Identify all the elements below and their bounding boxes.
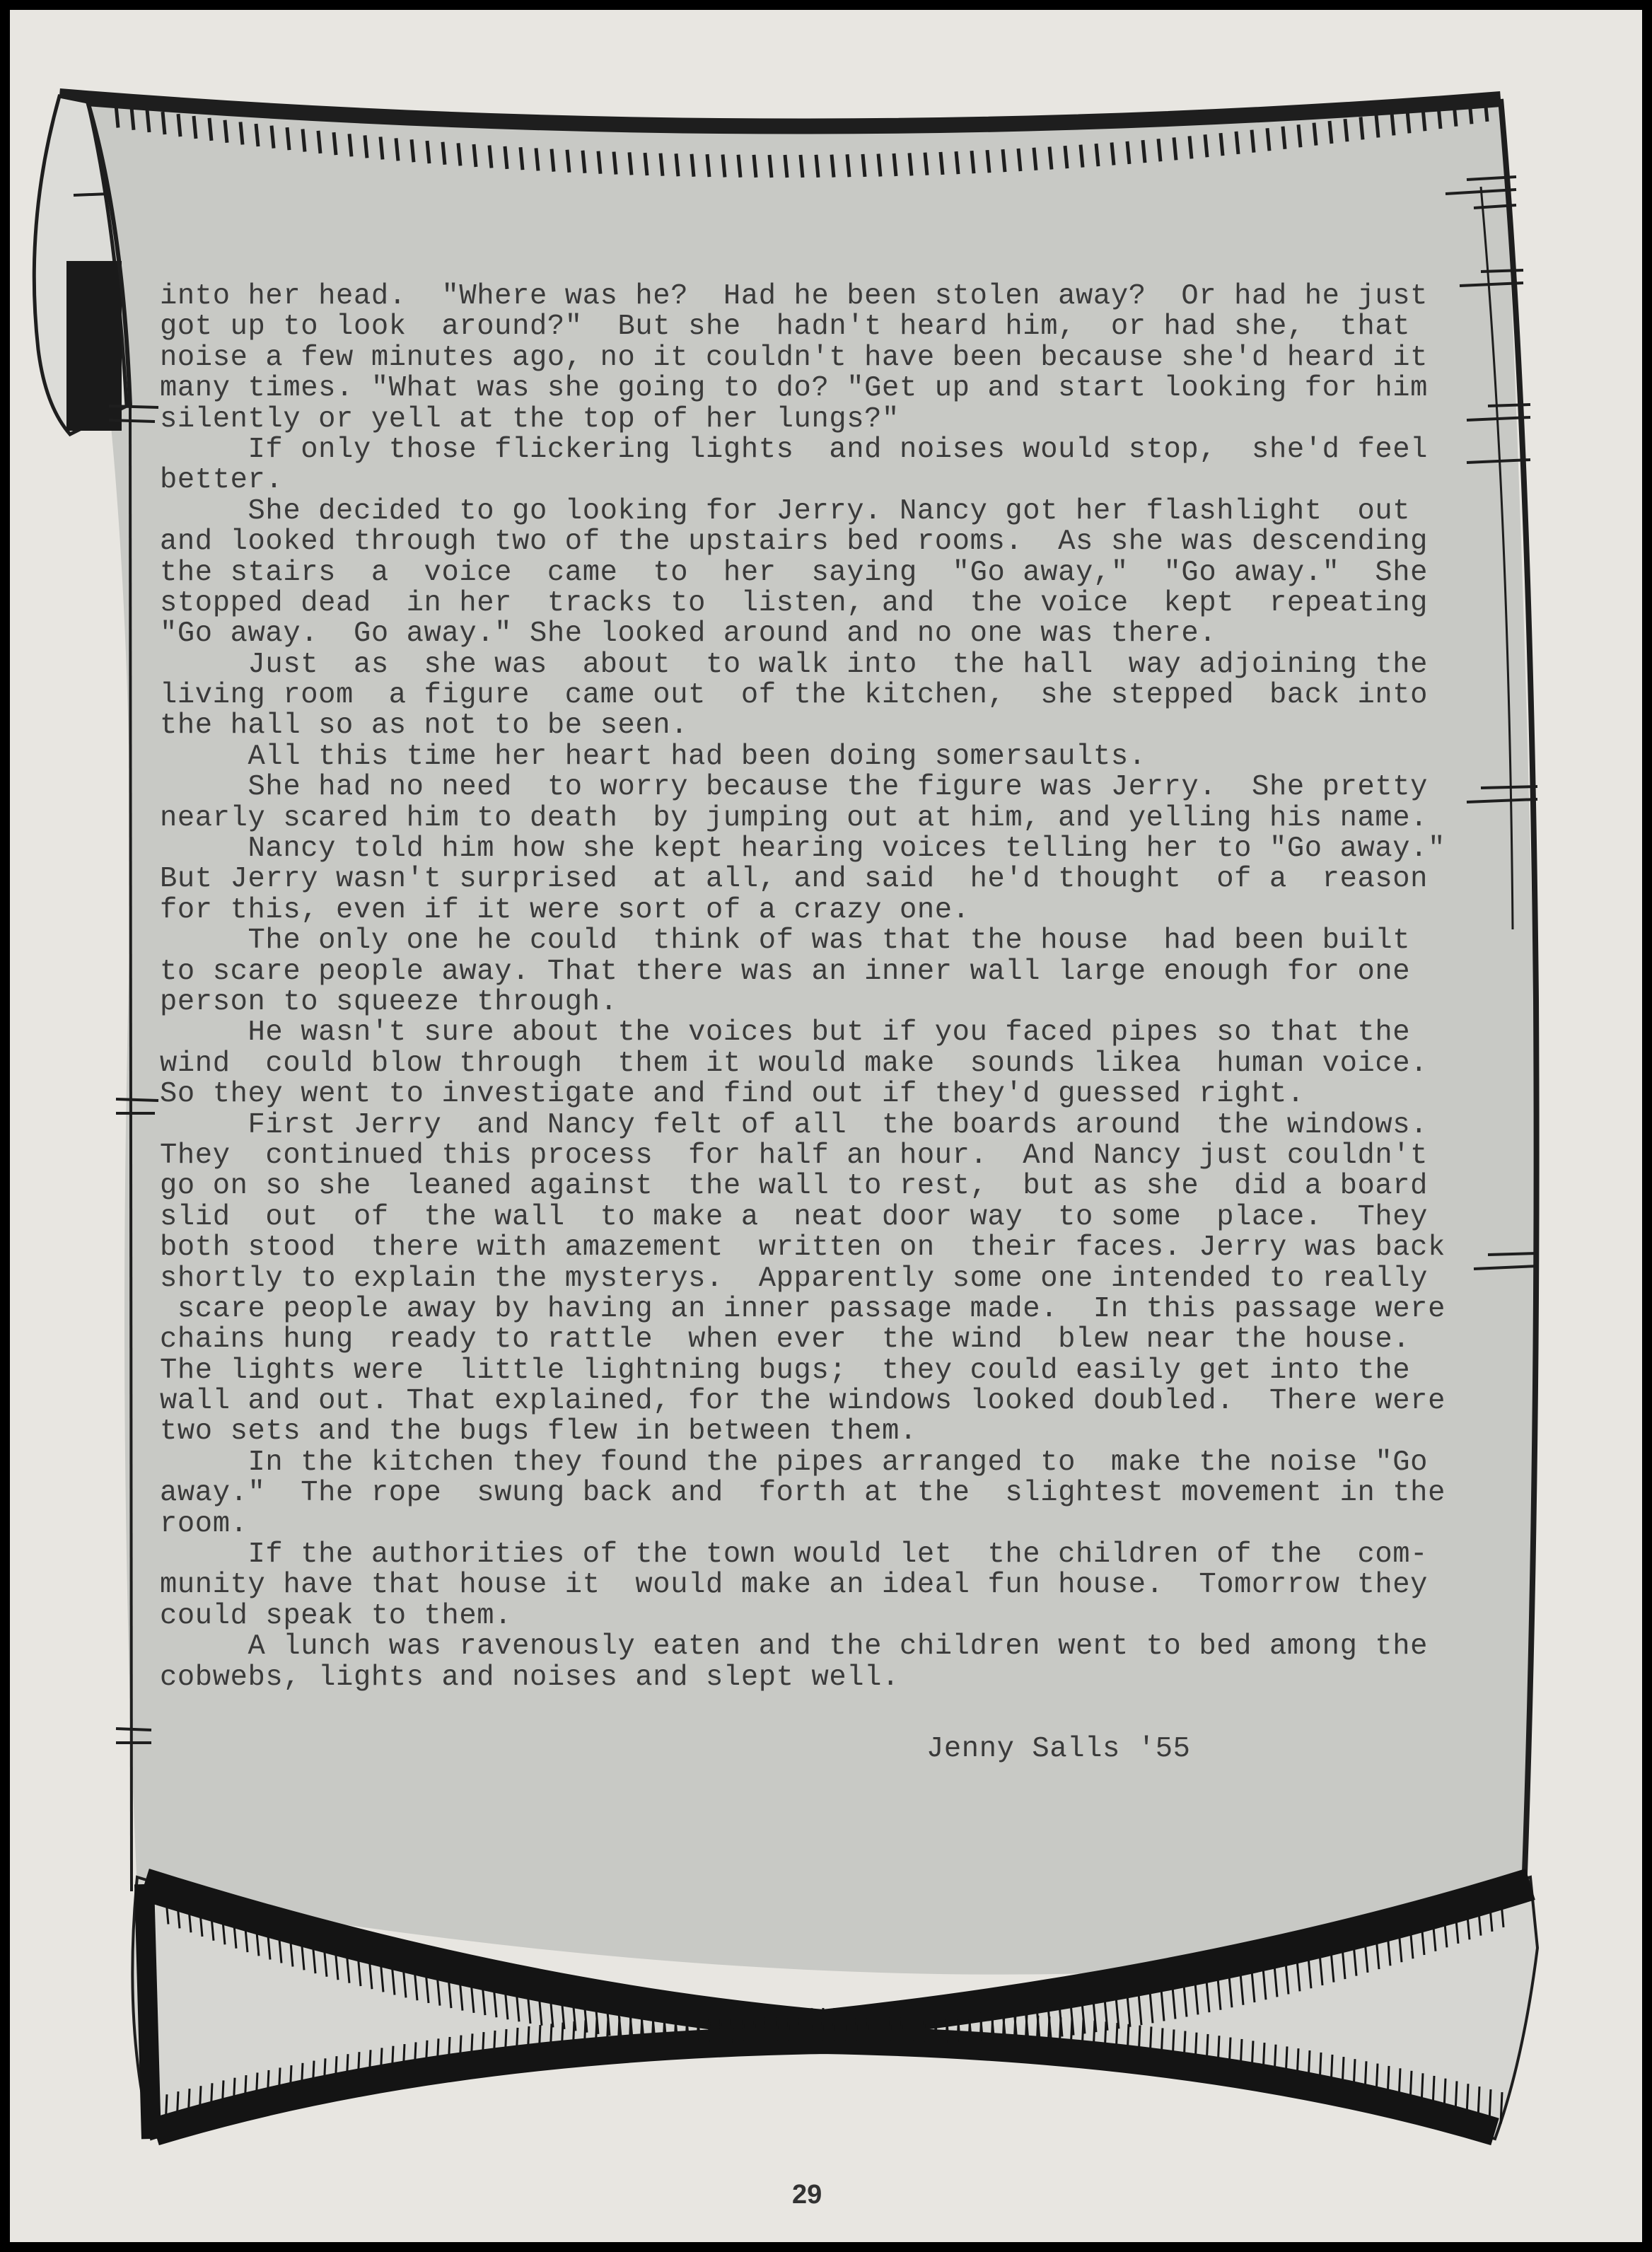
text-line: He wasn't sure about the voices but if y… <box>160 1018 1503 1048</box>
text-line: "Go away. Go away." She looked around an… <box>160 619 1503 649</box>
text-line: away." The rope swung back and forth at … <box>160 1478 1503 1509</box>
text-line: the stairs a voice came to her saying "G… <box>160 558 1503 588</box>
text-line: nearly scared him to death by jumping ou… <box>160 803 1503 834</box>
text-line: and looked through two of the upstairs b… <box>160 527 1503 557</box>
text-line: shortly to explain the mysterys. Apparen… <box>160 1264 1503 1294</box>
text-line: All this time her heart had been doing s… <box>160 742 1503 772</box>
text-line: They continued this process for half an … <box>160 1141 1503 1171</box>
text-line: into her head. "Where was he? Had he bee… <box>160 281 1503 312</box>
text-line: two sets and the bugs flew in between th… <box>160 1417 1503 1447</box>
story-text: into her head. "Where was he? Had he bee… <box>160 281 1503 1693</box>
text-line: wall and out. That explained, for the wi… <box>160 1386 1503 1417</box>
text-line: stopped dead in her tracks to listen, an… <box>160 588 1503 619</box>
text-line: living room a figure came out of the kit… <box>160 680 1503 711</box>
text-line: munity have that house it would make an … <box>160 1570 1503 1601</box>
text-line: So they went to investigate and find out… <box>160 1079 1503 1110</box>
text-line: for this, even if it were sort of a craz… <box>160 895 1503 926</box>
text-line: In the kitchen they found the pipes arra… <box>160 1448 1503 1478</box>
text-line: the hall so as not to be seen. <box>160 711 1503 741</box>
text-line: silently or yell at the top of her lungs… <box>160 405 1503 435</box>
text-line: First Jerry and Nancy felt of all the bo… <box>160 1110 1503 1141</box>
text-line: scare people away by having an inner pas… <box>160 1294 1503 1325</box>
text-line: The lights were little lightning bugs; t… <box>160 1356 1503 1386</box>
text-line: many times. "What was she going to do? "… <box>160 373 1503 404</box>
text-line: If only those flickering lights and nois… <box>160 435 1503 465</box>
text-line: room. <box>160 1509 1503 1540</box>
text-line: to scare people away. That there was an … <box>160 957 1503 987</box>
text-line: A lunch was ravenously eaten and the chi… <box>160 1632 1503 1662</box>
text-line: But Jerry wasn't surprised at all, and s… <box>160 864 1503 895</box>
text-line: could speak to them. <box>160 1601 1503 1632</box>
text-line: noise a few minutes ago, no it couldn't … <box>160 343 1503 373</box>
text-line: wind could blow through them it would ma… <box>160 1049 1503 1079</box>
text-line: chains hung ready to rattle when ever th… <box>160 1325 1503 1355</box>
page: into her head. "Where was he? Had he bee… <box>10 10 1642 2242</box>
text-line: Just as she was about to walk into the h… <box>160 650 1503 680</box>
text-line: cobwebs, lights and noises and slept wel… <box>160 1663 1503 1693</box>
text-line: She had no need to worry because the fig… <box>160 772 1503 803</box>
text-line: got up to look around?" But she hadn't h… <box>160 312 1503 342</box>
text-line: person to squeeze through. <box>160 987 1503 1018</box>
text-line: go on so she leaned against the wall to … <box>160 1171 1503 1202</box>
text-line: both stood there with amazement written … <box>160 1233 1503 1263</box>
page-number: 29 <box>792 2180 822 2210</box>
text-line: better. <box>160 465 1503 496</box>
text-line: Nancy told him how she kept hearing voic… <box>160 834 1503 864</box>
author-signature: Jenny Salls '55 <box>926 1733 1191 1765</box>
text-line: slid out of the wall to make a neat door… <box>160 1202 1503 1233</box>
text-line: If the authorities of the town would let… <box>160 1540 1503 1570</box>
text-line: She decided to go looking for Jerry. Nan… <box>160 497 1503 527</box>
text-line: The only one he could think of was that … <box>160 926 1503 956</box>
